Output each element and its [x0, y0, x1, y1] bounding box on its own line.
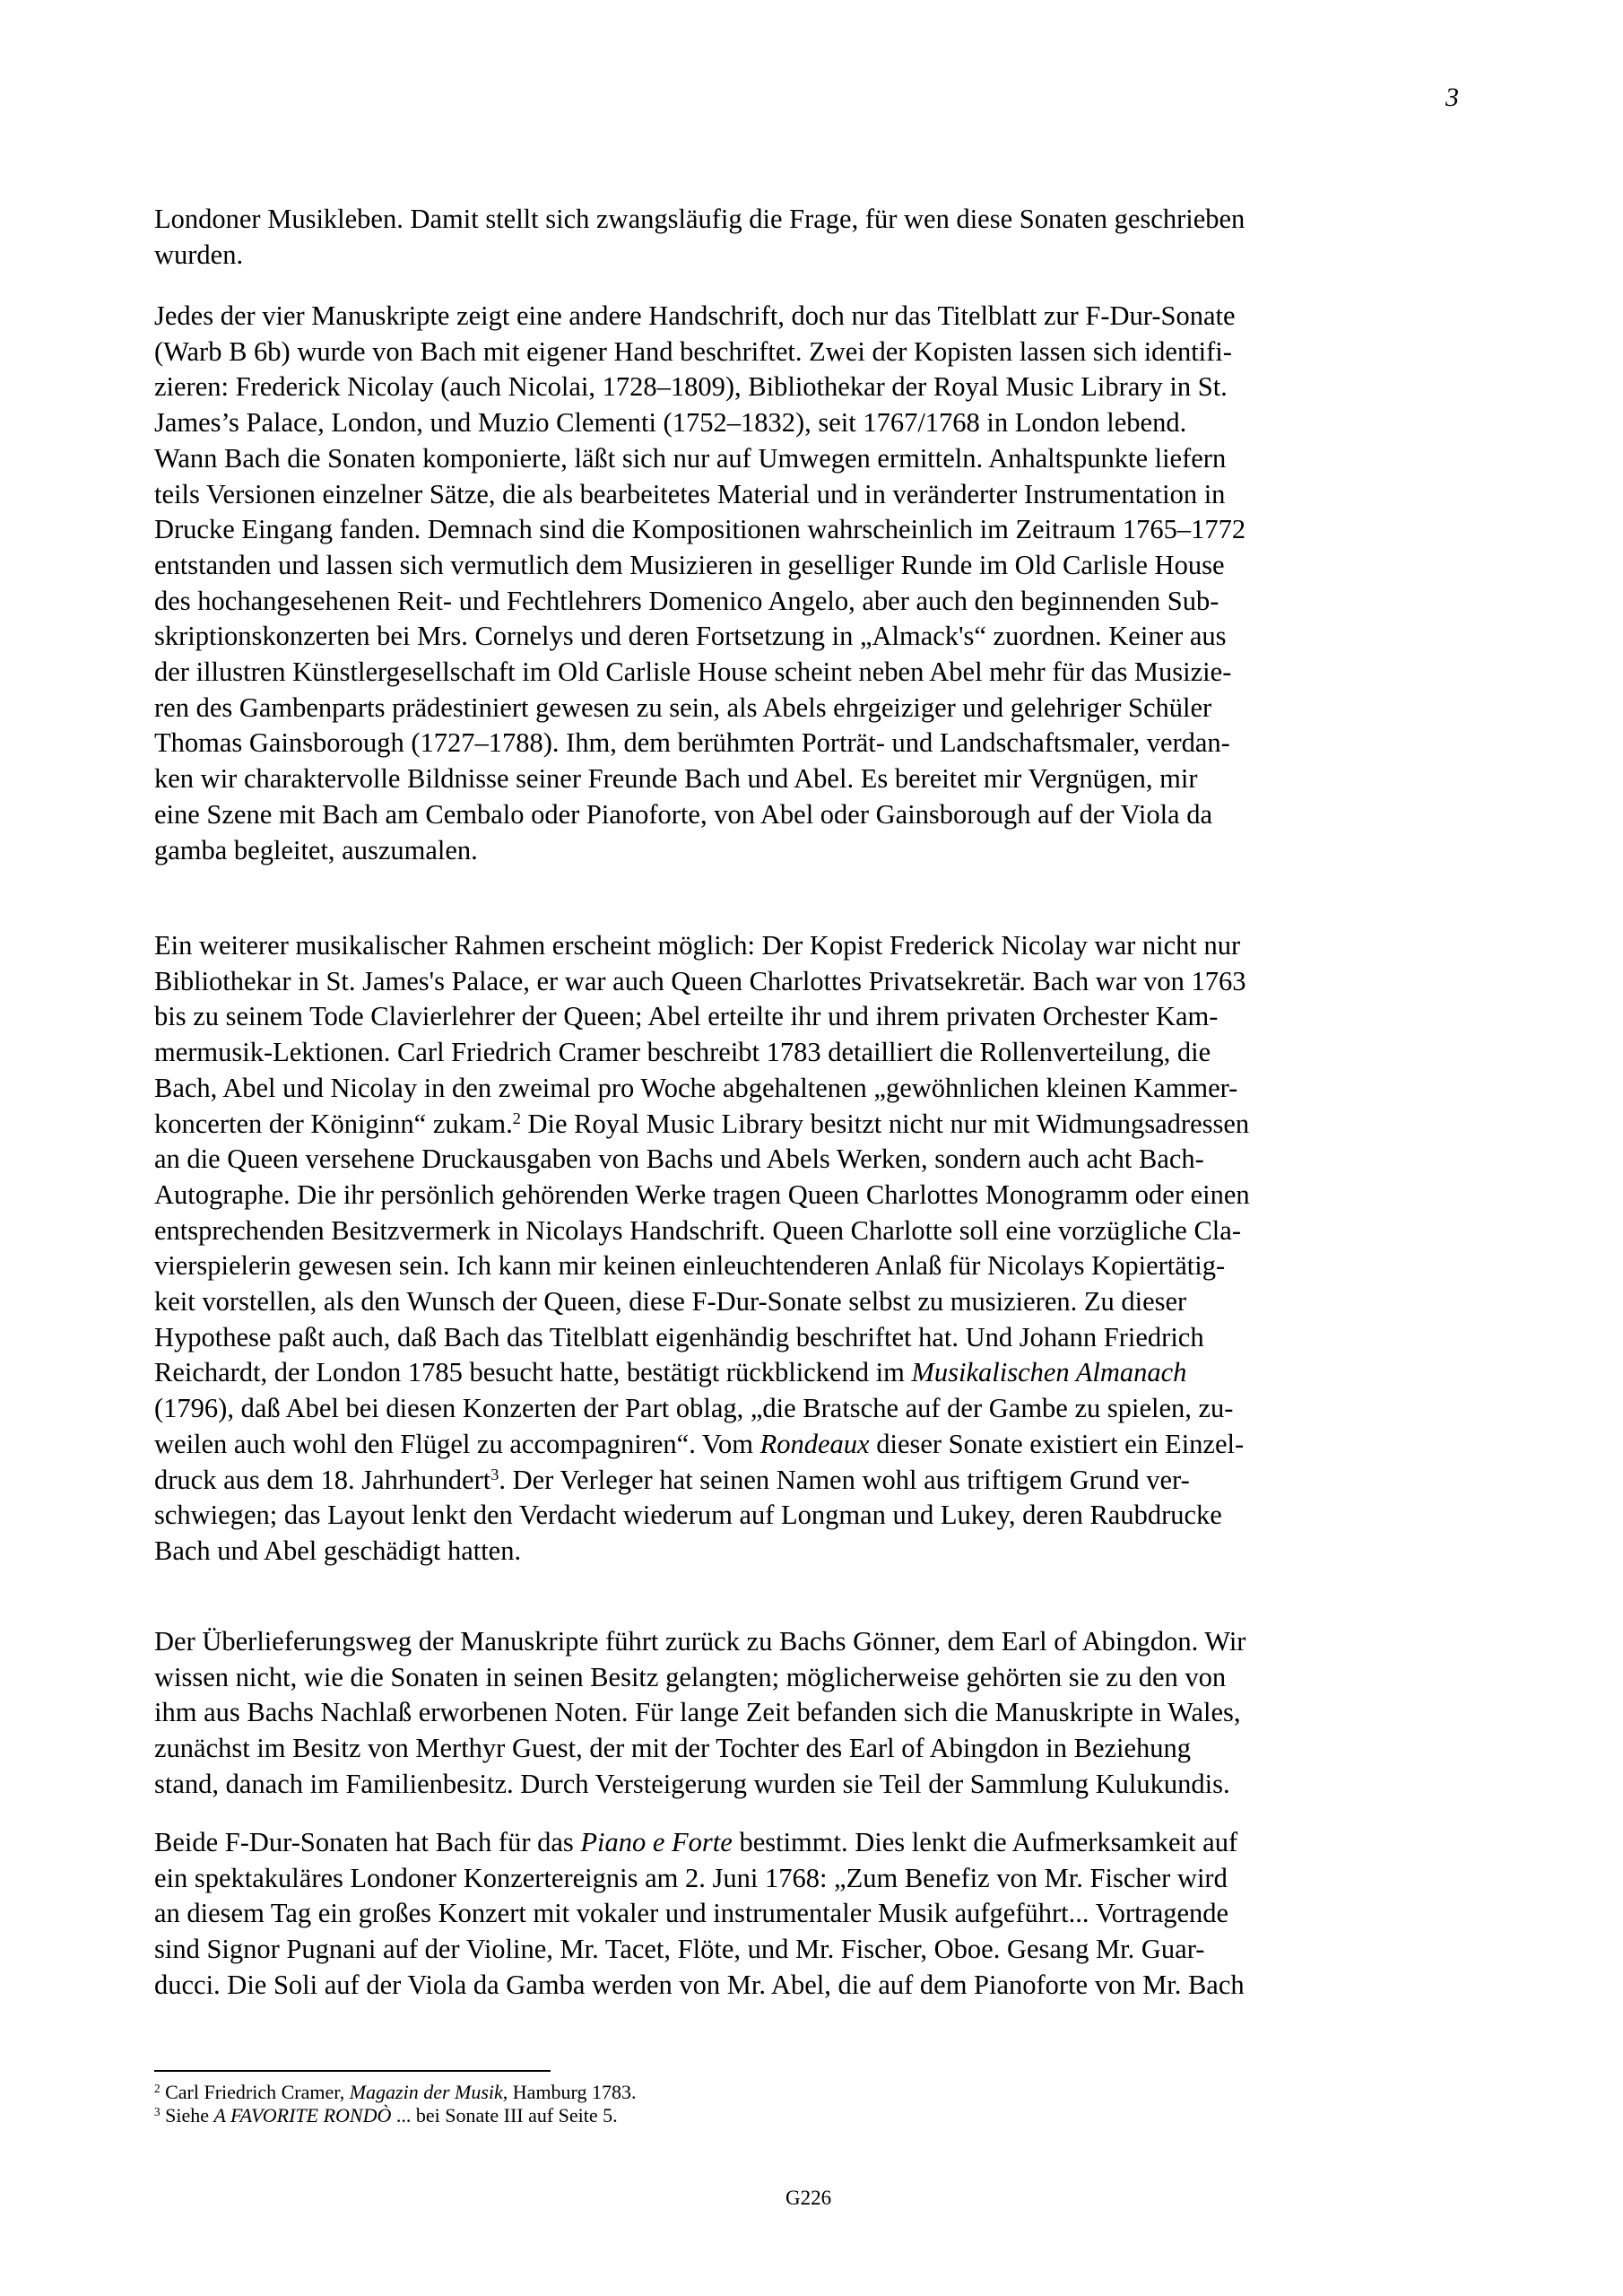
- text-line: koncerten der Königinn“ zukam.2 Die Roya…: [154, 1108, 1249, 1140]
- text-line: wissen nicht, wie die Sonaten in seinen …: [154, 1661, 1226, 1693]
- text-line: Drucke Eingang fanden. Demnach sind die …: [154, 513, 1245, 545]
- text-line: (Warb B 6b) wurde von Bach mit eigener H…: [154, 335, 1232, 368]
- text-line: Jedes der vier Manuskripte zeigt eine an…: [154, 300, 1236, 332]
- text-line: stand, danach im Familienbesitz. Durch V…: [154, 1768, 1230, 1800]
- text-line: Bach und Abel geschädigt hatten.: [154, 1535, 521, 1567]
- footnote-number: 3: [154, 2105, 161, 2118]
- text-line: Londoner Musikleben. Damit stellt sich z…: [154, 203, 1245, 235]
- text-line: vierspielerin gewesen sein. Ich kann mir…: [154, 1249, 1225, 1282]
- text-line: wurden.: [154, 239, 243, 271]
- text-line: gamba begleitet, auszumalen.: [154, 834, 478, 866]
- text-line: Wann Bach die Sonaten komponierte, läßt …: [154, 442, 1226, 474]
- text-line: schwiegen; das Layout lenkt den Verdacht…: [154, 1499, 1222, 1531]
- text-line: weilen auch wohl den Flügel zu accompagn…: [154, 1428, 1244, 1460]
- text-line: ken wir charaktervolle Bildnisse seiner …: [154, 762, 1198, 795]
- footnote-ref[interactable]: 2: [513, 1109, 521, 1126]
- text-line: (1796), daß Abel bei diesen Konzerten de…: [154, 1392, 1233, 1424]
- text-line: skriptionskonzerten bei Mrs. Cornelys un…: [154, 620, 1227, 652]
- text-line: ein spektakuläres Londoner Konzertereign…: [154, 1862, 1228, 1894]
- text-line: James’s Palace, London, und Muzio Clemen…: [154, 406, 1186, 439]
- footnote: 3 Siehe A FAVORITE RONDÒ ... bei Sonate …: [154, 2104, 618, 2127]
- text-line: an die Queen versehene Druckausgaben von…: [154, 1143, 1204, 1175]
- text-line: druck aus dem 18. Jahrhundert3. Der Verl…: [154, 1464, 1190, 1496]
- text-line: Autographe. Die ihr persönlich gehörende…: [154, 1178, 1250, 1211]
- text-line: eine Szene mit Bach am Cembalo oder Pian…: [154, 798, 1212, 831]
- page-number: 3: [1445, 83, 1459, 113]
- footnote-separator: [154, 2070, 551, 2072]
- text-line: keit vorstellen, als den Wunsch der Quee…: [154, 1285, 1186, 1318]
- footnote-ref[interactable]: 3: [490, 1465, 499, 1483]
- footer-code: G226: [785, 2187, 831, 2210]
- text-line: bis zu seinem Tode Clavierlehrer der Que…: [154, 1000, 1218, 1032]
- text-line: Beide F-Dur-Sonaten hat Bach für das Pia…: [154, 1826, 1237, 1858]
- italic-title: Musikalischen Almanach: [911, 1357, 1186, 1387]
- text-line: entstanden und lassen sich vermutlich de…: [154, 549, 1224, 581]
- text-line: teils Versionen einzelner Sätze, die als…: [154, 478, 1225, 510]
- text-line: der illustren Künstlergesellschaft im Ol…: [154, 656, 1231, 688]
- italic-title: Rondeaux: [760, 1429, 870, 1459]
- text-line: des hochangesehenen Reit- und Fechtlehre…: [154, 585, 1219, 617]
- text-line: zieren: Frederick Nicolay (auch Nicolai,…: [154, 370, 1228, 403]
- text-line: ducci. Die Soli auf der Viola da Gamba w…: [154, 1969, 1245, 2001]
- text-line: Thomas Gainsborough (1727–1788). Ihm, de…: [154, 726, 1230, 759]
- text-line: Der Überlieferungsweg der Manuskripte fü…: [154, 1625, 1245, 1657]
- italic-title: Magazin der Musik: [350, 2081, 503, 2103]
- text-line: ren des Gambenparts prädestiniert gewese…: [154, 691, 1211, 724]
- text-line: ihm aus Bachs Nachlaß erworbenen Noten. …: [154, 1696, 1241, 1728]
- text-line: Bibliothekar in St. James's Palace, er w…: [154, 965, 1246, 997]
- footnote-number: 2: [154, 2082, 161, 2095]
- text-line: Hypothese paßt auch, daß Bach das Titelb…: [154, 1321, 1204, 1353]
- text-line: mermusik-Lektionen. Carl Friedrich Crame…: [154, 1036, 1211, 1068]
- italic-title: Piano e Forte: [580, 1827, 732, 1857]
- text-line: sind Signor Pugnani auf der Violine, Mr.…: [154, 1933, 1204, 1965]
- text-line: zunächst im Besitz von Merthyr Guest, de…: [154, 1732, 1191, 1764]
- footnote: 2 Carl Friedrich Cramer, Magazin der Mus…: [154, 2081, 637, 2104]
- text-line: Ein weiterer musikalischer Rahmen ersche…: [154, 929, 1240, 961]
- text-line: Reichardt, der London 1785 besucht hatte…: [154, 1356, 1186, 1388]
- text-line: Bach, Abel und Nicolay in den zweimal pr…: [154, 1072, 1237, 1104]
- text-line: an diesem Tag ein großes Konzert mit vok…: [154, 1897, 1228, 1929]
- text-line: entsprechenden Besitzvermerk in Nicolays…: [154, 1214, 1241, 1247]
- italic-title: A FAVORITE RONDÒ: [213, 2104, 391, 2126]
